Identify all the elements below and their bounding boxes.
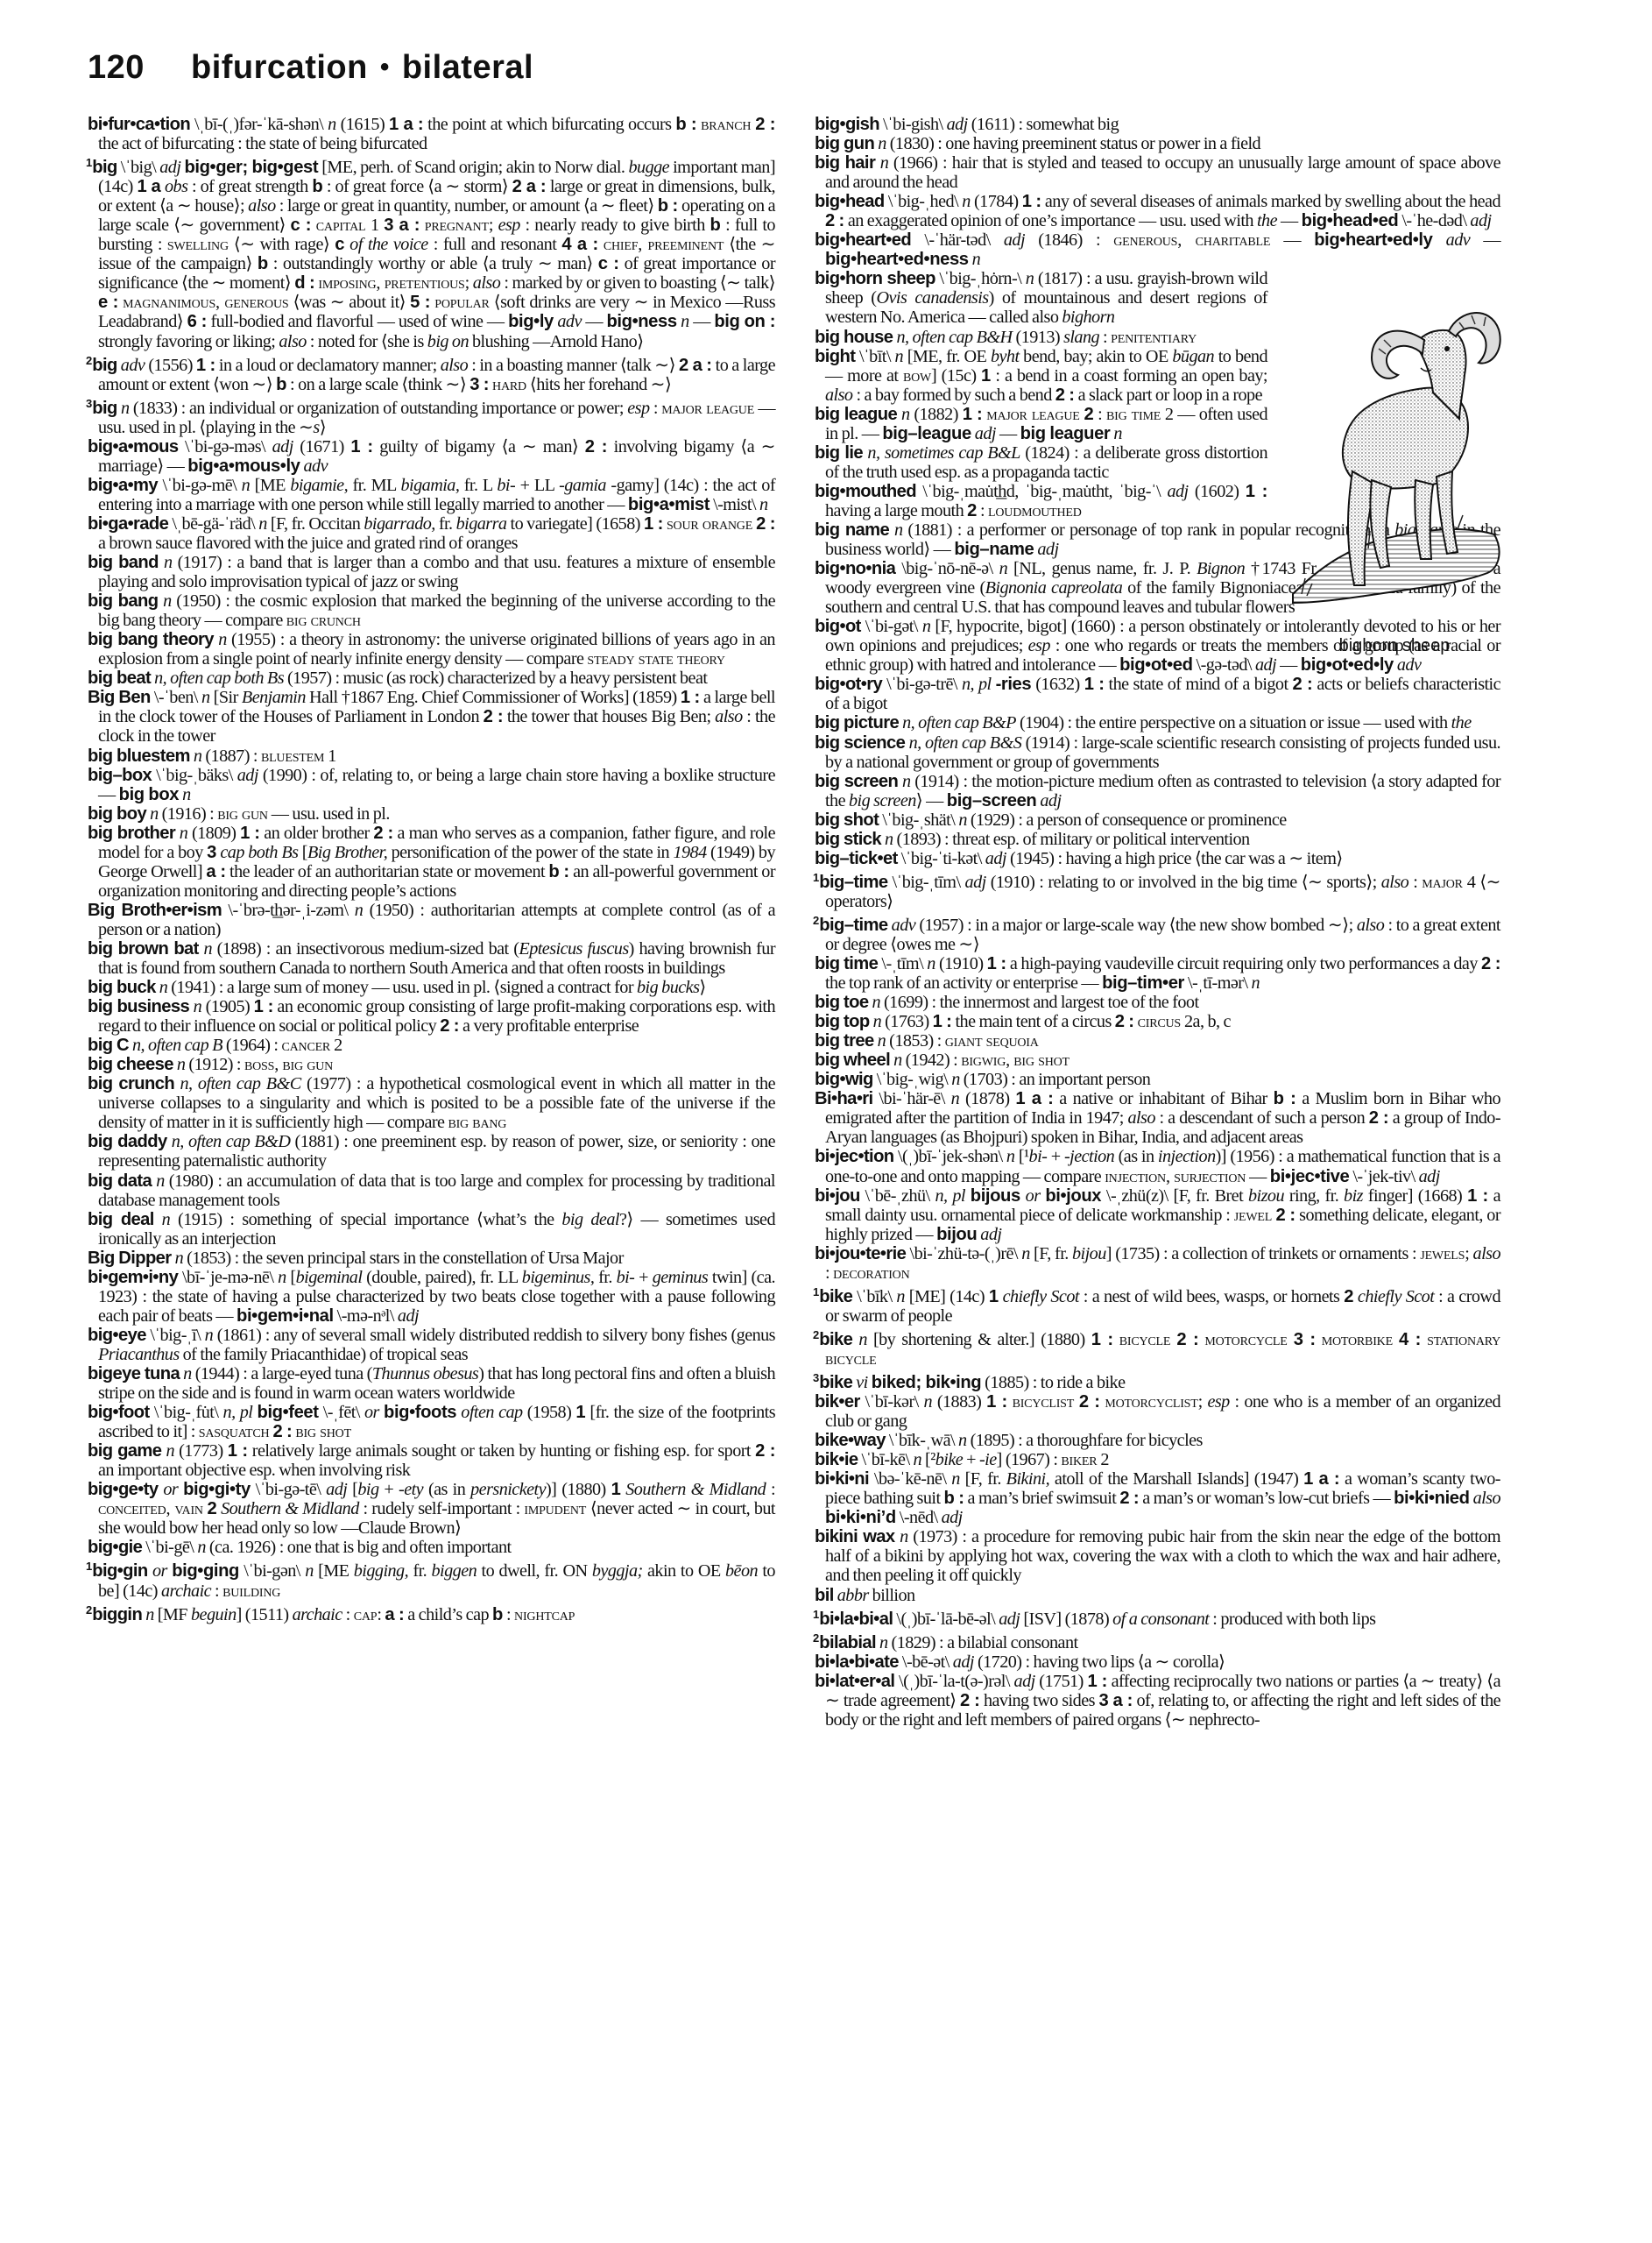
entry-text: būgan (1172, 347, 1214, 366)
entry-text: archaic (293, 1605, 342, 1624)
entry-text: n (258, 514, 267, 534)
entry-text: adv (121, 356, 145, 375)
dictionary-entry: bik•er \ˈbī-kər\ n (1883) 1 : bicyclist … (815, 1392, 1500, 1431)
entry-text: big•ging (172, 1561, 239, 1581)
entry-text: 2 : (373, 824, 393, 843)
entry-headword: bi•ga•rade (88, 514, 168, 534)
dictionary-entry: big•gish \ˈbi-gish\ adj (1611) : somewha… (815, 115, 1500, 134)
dictionary-entry: big•horn sheep \ˈbig-ˌhȯrn-\ n (1817) : … (815, 269, 1267, 327)
entry-text: 2 (1084, 405, 1093, 424)
entry-text: cap both Bs (220, 843, 298, 862)
entry-text: adj (1167, 482, 1188, 501)
dictionary-entry: big wheel n (1942) : bigwig, big shot (815, 1051, 1500, 1070)
entry-text: Ovis canadensis (876, 288, 988, 308)
entry-text: Southern & Midland (221, 1499, 359, 1518)
entry-text: bēon (725, 1561, 758, 1581)
entry-text: 2 : (1079, 1392, 1100, 1412)
entry-text: adj (999, 1610, 1020, 1629)
entry-text: n (681, 312, 689, 331)
entry-text: Southern & Midland (625, 1480, 766, 1499)
entry-text: bijou (936, 1225, 977, 1244)
entry-text: vi (856, 1373, 867, 1392)
entry-text: esp (1207, 1392, 1229, 1412)
entry-text: Eptesicus fuscus (519, 939, 628, 959)
dictionary-entry: Big Dipper n (1853) : the seven principa… (88, 1249, 775, 1268)
entry-text: adj (1014, 1672, 1035, 1691)
dictionary-entry: bi•la•bi•ate \-bē-ət\ adj (1720) : havin… (815, 1652, 1500, 1672)
entry-text: big screen (849, 791, 916, 810)
dictionary-entry: big science n, often cap B&S (1914) : la… (815, 733, 1500, 772)
entry-text: n (1006, 1147, 1015, 1166)
entry-headword: big tree (815, 1031, 874, 1051)
entry-text: big•ness (607, 312, 677, 331)
last-guide-word: bilateral (402, 49, 533, 86)
entry-text: also (1381, 873, 1408, 892)
entry-text: adj (1004, 230, 1025, 250)
entry-text: n (894, 520, 903, 540)
entry-text: n (895, 347, 904, 366)
entry-text: n, pl (962, 675, 992, 694)
entry-text: 1 a (137, 177, 160, 196)
entry-text: geminus (653, 1268, 708, 1287)
entry-text: b (276, 375, 286, 394)
dictionary-entry: bil abbr billion (815, 1586, 1500, 1605)
entry-headword: big time (815, 954, 878, 973)
entry-text: 1 : (1022, 192, 1041, 211)
entry-text: also (1127, 1108, 1154, 1128)
entry-headword: bil (815, 1586, 834, 1605)
entry-text: n (878, 1031, 886, 1051)
entry-headword: big•gish (815, 115, 879, 134)
entry-text: bi- (1029, 1147, 1048, 1166)
entry-text: adv (303, 456, 328, 476)
entry-text: injection (1158, 1147, 1216, 1166)
entry-text: b (492, 1605, 503, 1624)
page-number: 120 (88, 49, 191, 87)
entry-text: 2 : (1115, 1012, 1134, 1031)
entry-headword: big•no•nia (815, 559, 895, 578)
entry-headword: big•heart•ed (815, 230, 911, 250)
entry-text: big•ot•ed (1119, 655, 1192, 675)
dictionary-entry: big time \-ˌtīm\ n (1910) 1 : a high-pay… (815, 954, 1500, 993)
entry-text: Bikini, (1006, 1469, 1049, 1489)
entry-text: b (710, 216, 720, 235)
entry-headword: big name (815, 520, 889, 540)
bighorn-sheep-illustration-icon (1284, 305, 1505, 629)
entry-headword: Big Broth•er•ism (88, 901, 222, 920)
entry-text: chiefly Scot (1358, 1287, 1434, 1306)
dictionary-entry: big league n (1882) 1 : major league 2 :… (815, 405, 1267, 443)
entry-headword: bi•ki•ni (815, 1469, 869, 1489)
entry-text: n (896, 1287, 905, 1306)
entry-text: big•feet (258, 1403, 319, 1422)
entry-text: Bignonia capreolata (985, 578, 1123, 598)
entry-text: bi•ki•ni’d (825, 1508, 896, 1527)
entry-text: byggja; (592, 1561, 643, 1581)
entry-text: -ie (979, 1450, 997, 1469)
entry-text: 6 : (187, 312, 207, 331)
entry-text: adj (1470, 211, 1491, 230)
entry-headword: big bluestem (88, 746, 190, 766)
entry-text: adv (892, 916, 916, 935)
entry-text: esp (498, 216, 520, 235)
entry-text: n (878, 134, 886, 153)
entry-text: also (715, 707, 742, 726)
entry-text: 1 : (350, 437, 372, 456)
entry-headword: bi•jou•te•rie (815, 1244, 906, 1263)
entry-text: 2 : (1119, 1489, 1139, 1508)
entry-text: n (972, 250, 981, 269)
entry-text: big–screen (947, 791, 1037, 810)
entry-text: bijous (971, 1186, 1020, 1206)
entry-text: big bang (448, 1113, 506, 1132)
entry-text: n (923, 1392, 932, 1412)
entry-text: major league (986, 405, 1079, 424)
entry-headword: big (92, 356, 116, 375)
entry-text: n (885, 830, 893, 849)
entry-text: n, sometimes cap B&L (867, 443, 1020, 463)
entry-text: 1 : (644, 514, 663, 534)
entry-text: 1984 (673, 843, 706, 862)
dictionary-entry: big toe n (1699) : the innermost and lar… (815, 993, 1500, 1012)
entry-text: 2 : (272, 1422, 292, 1441)
entry-text: big bucks (637, 978, 699, 997)
entry-headword: big wheel (815, 1051, 890, 1070)
entry-headword: big (92, 399, 116, 418)
entry-text: biked; bik•ing (872, 1373, 981, 1392)
entry-text: big leaguer (1020, 424, 1111, 443)
entry-text: boss, big gun (244, 1055, 333, 1074)
dictionary-entry: big boy n (1916) : big gun — usu. used i… (88, 804, 775, 824)
entry-text: also (248, 196, 275, 216)
entry-headword: bike (819, 1287, 852, 1306)
entry-text: big–name (954, 540, 1034, 559)
entry-text: impudent (524, 1499, 586, 1518)
entry-text: imposing, pretentious (318, 273, 464, 293)
entry-text: n (1021, 1244, 1030, 1263)
dictionary-entry: bi•ki•ni \bə-ˈkē-nē\ n [F, fr. Bikini, a… (815, 1469, 1500, 1527)
entry-text: jewels (1420, 1244, 1465, 1263)
dictionary-entry: big•ot•ry \ˈbi-gə-trē\ n, pl -ries (1632… (815, 675, 1500, 713)
entry-text: 2 (967, 501, 977, 520)
entry-text: 4 a : (561, 235, 598, 254)
entry-text: adj (975, 424, 996, 443)
entry-text: Big Brother, (307, 843, 387, 862)
entry-headword: big•a•my (88, 476, 158, 495)
dictionary-entry: 1big \ˈbig\ adj big•ger; big•gest [ME, p… (88, 153, 775, 350)
entry-text: swelling (167, 235, 229, 254)
dictionary-entry: big beat n, often cap both Bs (1957) : m… (88, 669, 775, 688)
entry-text: n (305, 1561, 314, 1581)
entry-text: a : (385, 1605, 404, 1624)
dictionary-entry: big•gie \ˈbi-gē\ n (ca. 1926) : one that… (88, 1538, 775, 1557)
entry-text: major (1422, 873, 1462, 892)
entry-text: d : (294, 273, 314, 293)
entry-text: n (914, 1450, 922, 1469)
dictionary-entry: 1bike \ˈbīk\ n [ME] (14c) 1 chiefly Scot… (815, 1283, 1500, 1326)
entry-text: 1 : (963, 405, 983, 424)
entry-text: byht (991, 347, 1020, 366)
entry-text: big (357, 1480, 378, 1499)
entry-text: esp (1028, 636, 1050, 655)
dictionary-entry: big business n (1905) 1 : an economic gr… (88, 997, 775, 1036)
entry-text: n, often cap B&C (180, 1074, 300, 1093)
dictionary-entry: Bi•ha•ri \bi-ˈhär-ē\ n (1878) 1 a : a na… (815, 1089, 1500, 1147)
entry-text: n, often cap B&H (896, 328, 1012, 347)
dictionary-entry: bi•jou \ˈbē-ˌzhü\ n, pl bijous or bi•jou… (815, 1186, 1500, 1244)
entry-text: e : (98, 293, 118, 312)
entry-text: n (951, 1070, 960, 1089)
entry-text: n, often cap B&D (172, 1132, 291, 1151)
entry-text: esp (627, 399, 649, 418)
dictionary-entry: big buck n (1941) : a large sum of money… (88, 978, 775, 997)
entry-text: n, often cap B&S (909, 733, 1022, 753)
entry-text: chiefly Scot (1003, 1287, 1079, 1306)
entry-text: adv (557, 312, 582, 331)
entry-text: the (1257, 211, 1277, 230)
entry-text: magnanimous, generous (123, 293, 288, 312)
entry-text: 1 a : (389, 115, 423, 134)
entry-text: bicyclist (1013, 1392, 1075, 1412)
entry-text: c : (598, 254, 619, 273)
entry-text: big•heart•ed•ness (825, 250, 969, 269)
entry-text: 5 : (410, 293, 430, 312)
entry-text: n (927, 954, 935, 973)
entry-headword: big•horn sheep (815, 269, 935, 288)
entry-text: n (872, 993, 880, 1012)
entry-text: big•heart•ed•ly (1314, 230, 1432, 250)
dictionary-entry: big bang n (1950) : the cosmic explosion… (88, 591, 775, 630)
entry-text: n, often cap B&P (902, 713, 1016, 732)
entry-headword: bilabial (819, 1633, 876, 1652)
entry-text: n (164, 553, 173, 572)
entry-text: bighorn (1062, 308, 1114, 327)
guide-word-separator: • (380, 53, 390, 82)
entry-text: also (279, 332, 306, 351)
entry-text: big•ger; big•gest (184, 158, 318, 177)
dictionary-entry: bigeye tuna n (1944) : a large-eyed tuna… (88, 1364, 775, 1403)
entry-text: n (156, 1171, 165, 1191)
entry-text: n (145, 1605, 154, 1624)
entry-text: n (166, 1441, 175, 1461)
entry-headword: bi•jou (815, 1186, 860, 1206)
entry-text: branch (701, 115, 751, 134)
entry-text: often cap (461, 1403, 522, 1422)
entry-text: adj (237, 766, 258, 785)
dictionary-entry: big•wig \ˈbig-ˌwig\ n (1703) : an import… (815, 1070, 1500, 1089)
entry-text: Priacanthus (98, 1345, 180, 1364)
entry-headword: big C (88, 1036, 129, 1055)
entry-text: n (201, 688, 210, 707)
dictionary-entry: big crunch n, often cap B&C (1977) : a h… (88, 1074, 775, 1132)
entry-text: adj (272, 437, 293, 456)
entry-text: of the voice (349, 235, 428, 254)
dictionary-entry: 1bi•la•bi•al \(ˌ)bī-ˈlā-bē-əl\ adj [ISV]… (815, 1605, 1500, 1629)
entry-text: 2 : (1369, 1108, 1388, 1128)
dictionary-entry: 1big–time \ˈbig-ˌtīm\ adj (1910) : relat… (815, 868, 1500, 911)
entry-text: adj (398, 1306, 419, 1326)
entry-text: bigamie, (290, 476, 348, 495)
entry-text: big on (427, 332, 469, 351)
entry-text: bi•ki•nied (1394, 1489, 1469, 1508)
entry-text: big box (119, 785, 179, 804)
entry-text: n (958, 810, 967, 830)
entry-text: motorbike (1322, 1330, 1393, 1349)
entry-text: hard (492, 375, 526, 394)
entry-text: penitentiary (1111, 328, 1197, 347)
dictionary-entry: big shot \ˈbig-ˌshät\ n (1929) : a perso… (815, 810, 1500, 830)
entry-text: n (999, 559, 1008, 578)
entry-text: conceited, vain (98, 1499, 203, 1518)
dictionary-entry: big•mouthed \ˈbig-ˌmau̇t͟hd, ˈbig-ˌmau̇t… (815, 482, 1267, 520)
entry-headword: big•ot•ry (815, 675, 882, 694)
entry-headword: big–box (88, 766, 152, 785)
dictionary-entry: big band n (1917) : a band that is large… (88, 553, 775, 591)
entry-text: popular (434, 293, 489, 312)
entry-text: also (1473, 1244, 1500, 1263)
entry-text: s (313, 418, 319, 437)
entry-text: n (242, 476, 251, 495)
entry-headword: big stick (815, 830, 881, 849)
dictionary-entry: 2big–time adv (1957) : in a major or lar… (815, 911, 1500, 954)
entry-text: bigarra (456, 514, 507, 534)
entry-text: n (1113, 424, 1122, 443)
entry-headword: big house (815, 328, 893, 347)
entry-headword: bi•la•bi•al (819, 1610, 893, 1629)
entry-text: bluestem (261, 746, 324, 766)
entry-headword: bi•la•bi•ate (815, 1652, 899, 1672)
entry-text: n (183, 1364, 192, 1383)
entry-text: n, pl (223, 1403, 253, 1422)
dictionary-entry: big daddy n, often cap B&D (1881) : one … (88, 1132, 775, 1171)
entry-text: adj (1255, 655, 1276, 675)
entry-text: n (194, 746, 202, 766)
entry-text: n, often cap both Bs (154, 669, 284, 688)
entry-text: big crunch (286, 611, 361, 630)
entry-text: n (902, 772, 911, 791)
dictionary-entry: big brother n (1809) 1 : an older brothe… (88, 824, 775, 901)
entry-text: 2 : (1481, 954, 1500, 973)
entry-text: bi- (497, 476, 515, 495)
entry-text: biggen (432, 1561, 477, 1581)
page-header: 120bifurcation•bilateral (88, 49, 533, 87)
entry-text: bigarrado, (364, 514, 434, 534)
entry-text: big gun (217, 804, 268, 824)
entry-text: biker (1061, 1450, 1097, 1469)
entry-text: steady state theory (587, 649, 724, 669)
entry-text: 1 (981, 366, 991, 386)
entry-text: n (182, 785, 191, 804)
entry-headword: big beat (88, 669, 151, 688)
entry-text: n (328, 115, 336, 134)
entry-text: big•head•ed (1302, 211, 1399, 230)
entry-text: 2 (1344, 1287, 1353, 1306)
entry-text: big•gi•ty (183, 1480, 251, 1499)
dictionary-entry: bi•jec•tion \(ˌ)bī-ˈjek-shən\ n [¹bi- + … (815, 1147, 1500, 1185)
entry-text: 1 : (1087, 1672, 1107, 1691)
entry-text: n (922, 617, 931, 636)
dictionary-entry: 3big n (1833) : an individual or organiz… (88, 394, 775, 437)
dictionary-entry: 2big adv (1556) 1 : in a loud or declama… (88, 351, 775, 394)
entry-text: n (180, 824, 188, 843)
dictionary-entry: big tree n (1853) : giant sequoia (815, 1031, 1500, 1051)
entry-headword: big crunch (88, 1074, 174, 1093)
entry-headword: bikini wax (815, 1527, 895, 1546)
entry-headword: bike•way (815, 1431, 886, 1450)
entry-text: n (205, 1326, 214, 1345)
dictionary-entry: bight \ˈbīt\ n [ME, fr. OE byht bend, ba… (815, 347, 1267, 405)
entry-headword: big screen (815, 772, 898, 791)
entry-text: 2 (208, 1499, 217, 1518)
entry-text: n (162, 1210, 171, 1229)
entry-text: b : (548, 862, 568, 881)
dictionary-entry: big game n (1773) 1 : relatively large a… (88, 1441, 775, 1480)
entry-text: 1 a : (1303, 1469, 1339, 1489)
entry-text: b (258, 254, 268, 273)
entry-text: archaic (161, 1581, 211, 1601)
entry-text: big deal (561, 1210, 619, 1229)
entry-text: 2 a : (679, 356, 712, 375)
entry-text: or (163, 1480, 178, 1499)
entry-headword: bi•gem•i•ny (88, 1268, 178, 1287)
entry-text: bugge (628, 158, 669, 177)
entry-text: b (312, 177, 322, 196)
entry-text: jewel (1234, 1206, 1272, 1225)
entry-text: 3 a : (384, 216, 420, 235)
entry-text: adj (953, 1652, 974, 1672)
entry-text: bigamia, (401, 476, 460, 495)
entry-text: adj (965, 873, 986, 892)
entry-text: adj (326, 1480, 347, 1499)
entry-text: cancer (281, 1036, 330, 1055)
entry-headword: bik•er (815, 1392, 860, 1412)
entry-headword: bike (819, 1330, 852, 1349)
entry-text: n (858, 1330, 867, 1349)
entry-text: bi- (617, 1268, 635, 1287)
entry-headword: big bang (88, 591, 158, 611)
dictionary-entry: 2bike n [by shortening & alter.] (1880) … (815, 1326, 1500, 1369)
entry-text: loudmouthed (988, 501, 1082, 520)
dictionary-entry: big cheese n (1912) : boss, big gun (88, 1055, 775, 1074)
entry-text: Bignon (1197, 559, 1245, 578)
dictionary-entry: big–tick•et \ˈbig-ˈti-kət\ adj (1945) : … (815, 849, 1500, 868)
entry-headword: big band (88, 553, 159, 572)
dictionary-entry: big•eye \ˈbig-ˌī\ n (1861) : any of seve… (88, 1326, 775, 1364)
entry-text: the (1451, 713, 1472, 732)
entry-text: 2 : (484, 707, 504, 726)
entry-text: or (1026, 1186, 1041, 1206)
entry-text: 1 : (1084, 675, 1105, 694)
entry-text: n (159, 978, 168, 997)
entry-text: bizou (1248, 1186, 1284, 1206)
entry-text: n, pl (935, 1186, 964, 1206)
entry-headword: Big Ben (88, 688, 151, 707)
entry-text: injection, surjection (1105, 1167, 1246, 1186)
dictionary-entry: big picture n, often cap B&P (1904) : th… (815, 713, 1500, 732)
entry-headword: big daddy (88, 1132, 167, 1151)
entry-headword: big•foot (88, 1403, 150, 1422)
entry-text: big on : (714, 312, 775, 331)
entry-text: n (163, 591, 172, 611)
entry-text: bijou (1072, 1244, 1106, 1263)
entry-headword: big–tick•et (815, 849, 898, 868)
entry-headword: big•mouthed (815, 482, 916, 501)
entry-text: c : (291, 216, 312, 235)
entry-text: n (175, 1249, 184, 1268)
dictionary-entry: big data n (1980) : an accumulation of d… (88, 1171, 775, 1210)
entry-headword: big•eye (88, 1326, 146, 1345)
dictionary-entry: big house n, often cap B&H (1913) slang … (815, 328, 1267, 347)
